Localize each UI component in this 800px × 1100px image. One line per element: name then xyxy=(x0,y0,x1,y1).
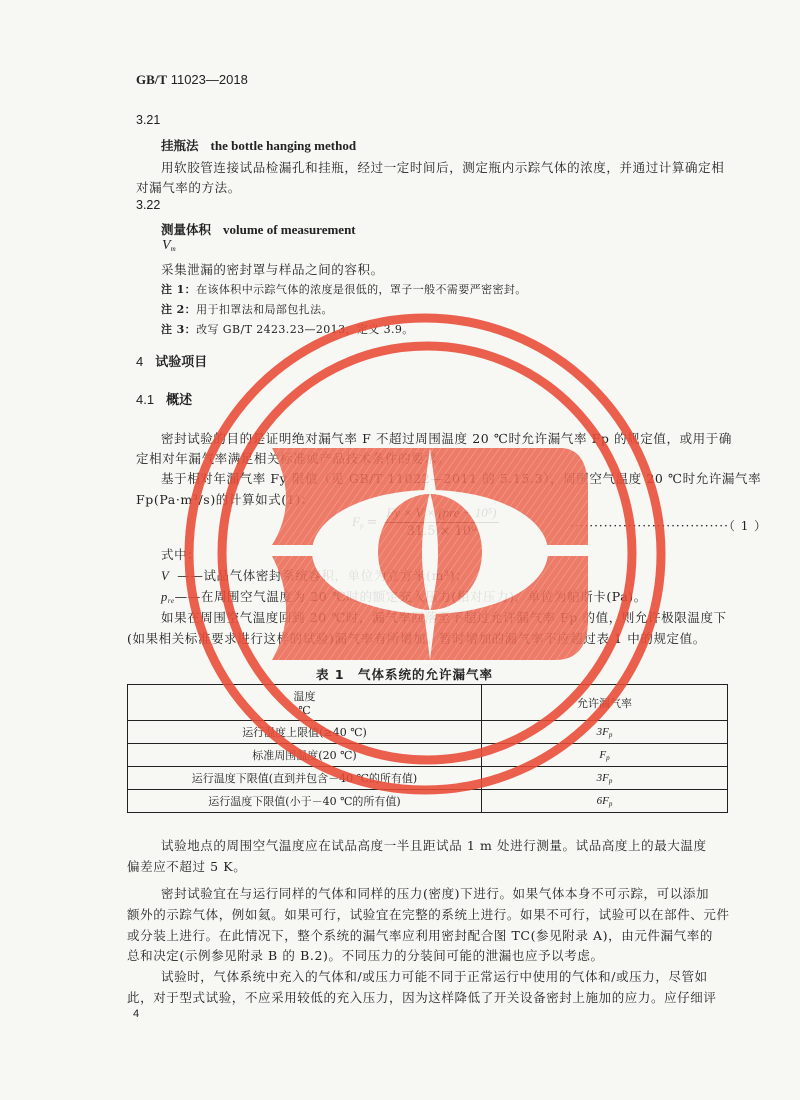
paragraph-3-line1: 如果在周围空气温度回到 20 ℃时，漏气率回落至不超过允许漏气率 Fp 的值，则… xyxy=(161,608,727,626)
formula-lhs: Fp xyxy=(352,514,363,530)
where-item-pre: pre——在周围空气温度为 20 ℃时的额定充入压力(相对压力)，单位为帕斯卡(… xyxy=(161,587,647,605)
formula-numerator: Fy × V × (pre + 10⁵) xyxy=(384,505,498,523)
term-3-22: 测量体积volume of measurement xyxy=(161,220,356,238)
term-zh: 挂瓶法 xyxy=(161,138,199,153)
definition-3-21-line2: 对漏气率的方法。 xyxy=(136,178,241,196)
paragraph-5-line3: 或分装上进行。在此情况下，整个系统的漏气率应利用密封配合图 TC(参见附录 A)… xyxy=(127,926,713,944)
paragraph-4-line1: 试验地点的周围空气温度应在试品高度一半且距试品 1 m 处进行测量。试品高度上的… xyxy=(161,836,707,854)
paragraph-4-1-p2-line2: Fp(Pa·m³/s)的计算如式(1)： xyxy=(136,490,314,508)
cell-temperature: 运行温度下限值(小于－40 ℃的所有值) xyxy=(128,790,482,813)
where-item-v: V——试品气体密封系统容积，单位为立方米(m³)； xyxy=(161,566,468,584)
std-number: 11023—2018 xyxy=(171,72,248,87)
cell-temperature: 运行温度上限值(≥40 ℃) xyxy=(128,721,482,744)
cell-rate: 3Fp xyxy=(482,721,728,744)
cell-temperature: 标准周围温度(20 ℃) xyxy=(128,744,482,767)
paragraph-3-line2: (如果相关标准要求进行这样的试验)漏气率有所增加。暂时增加的漏气率不应超过表 1… xyxy=(127,629,706,647)
term-zh: 测量体积 xyxy=(161,222,211,237)
formula-number: ·································（ 1 ） xyxy=(570,517,767,534)
paragraph-4-line2: 偏差应不超过 5 K。 xyxy=(127,857,246,875)
formula-denominator: 31.5 × 10⁶ xyxy=(407,523,477,539)
term-en: the bottle hanging method xyxy=(211,138,357,153)
cell-rate: 6Fp xyxy=(482,790,728,813)
paragraph-4-1-p2-line1: 基于相对年漏气率 Fy 限值（见 GB/T 11022—2011 的 5.15.… xyxy=(161,469,761,487)
table-row: 运行温度下限值(小于－40 ℃的所有值) 6Fp xyxy=(128,790,728,813)
section-heading-4: 4试验项目 xyxy=(136,351,207,370)
cell-rate: Fp xyxy=(482,744,728,767)
table-header-row: 温度 ℃ 允许漏气率 xyxy=(128,685,728,721)
paragraph-4-1-p1-line1: 密封试验的目的是证明绝对漏气率 F 不超过周围温度 20 ℃时允许漏气率 Fp … xyxy=(161,429,732,447)
clause-number-3-22: 3.22 xyxy=(136,198,160,212)
table-1: 温度 ℃ 允许漏气率 运行温度上限值(≥40 ℃) 3Fp 标准周围温度(20 … xyxy=(127,684,728,813)
header-allowed-rate: 允许漏气率 xyxy=(482,685,728,721)
formula-fraction: Fy × V × (pre + 10⁵) 31.5 × 10⁶ xyxy=(384,505,498,539)
cell-rate: 3Fp xyxy=(482,767,728,790)
table-row: 运行温度下限值(直到并包含－40 ℃的所有值) 3Fp xyxy=(128,767,728,790)
paragraph-6-line1: 试验时，气体系统中充入的气体和/或压力可能不同于正常运行中使用的气体和/或压力，… xyxy=(161,967,708,985)
paragraph-5-line2: 额外的示踪气体，例如氦。如果可行，试验宜在完整的系统上进行。如果不可行，试验可以… xyxy=(127,905,730,923)
definition-3-22: 采集泄漏的密封罩与样品之间的容积。 xyxy=(161,260,384,278)
paragraph-4-1-p1-line2: 定相对年漏气率满足相关标准或产品技术条件的要求。 xyxy=(136,449,450,467)
paragraph-5-line1: 密封试验宜在与运行同样的气体和同样的压力(密度)下进行。如果气体本身不可示踪，可… xyxy=(161,884,709,902)
header-temperature: 温度 ℃ xyxy=(128,685,482,721)
table-1-caption: 表 1 气体系统的允许漏气率 xyxy=(316,665,493,683)
clause-number-3-21: 3.21 xyxy=(136,113,160,127)
standard-header: GB/T 11023—2018 xyxy=(136,72,248,88)
term-3-21: 挂瓶法the bottle hanging method xyxy=(161,136,356,154)
note-1: 注 1：在该体积中示踪气体的浓度是很低的，罩子一般不需要严密密封。 xyxy=(161,281,527,297)
document-page: GB/T 11023—2018 3.21 挂瓶法the bottle hangi… xyxy=(0,0,800,1100)
cell-temperature: 运行温度下限值(直到并包含－40 ℃的所有值) xyxy=(128,767,482,790)
std-prefix: GB/T xyxy=(136,72,167,87)
paragraph-6-line2: 此，对于型式试验，不应采用较低的充入压力，因为这样降低了开关设备密封上施加的应力… xyxy=(127,988,717,1006)
definition-3-21-line1: 用软胶管连接试品检漏孔和挂瓶，经过一定时间后，测定瓶内示踪气体的浓度，并通过计算… xyxy=(161,158,724,176)
table-row: 运行温度上限值(≥40 ℃) 3Fp xyxy=(128,721,728,744)
where-label: 式中： xyxy=(161,545,200,563)
note-2: 注 2：用于扣罩法和局部包扎法。 xyxy=(161,301,333,317)
paragraph-5-line4: 总和决定(示例参见附录 B 的 B.2)。不同压力的分装间可能的泄漏也应予以考虑… xyxy=(127,946,604,964)
term-en: volume of measurement xyxy=(223,222,356,237)
symbol-vm: Vm xyxy=(162,238,176,254)
formula-1: Fp = Fy × V × (pre + 10⁵) 31.5 × 10⁶ xyxy=(352,505,499,539)
note-3: 注 3：改写 GB/T 2423.23—2013，定义 3.9。 xyxy=(161,321,414,337)
page-number: 4 xyxy=(133,1008,139,1020)
table-row: 标准周围温度(20 ℃) Fp xyxy=(128,744,728,767)
section-heading-4-1: 4.1概述 xyxy=(136,389,192,408)
